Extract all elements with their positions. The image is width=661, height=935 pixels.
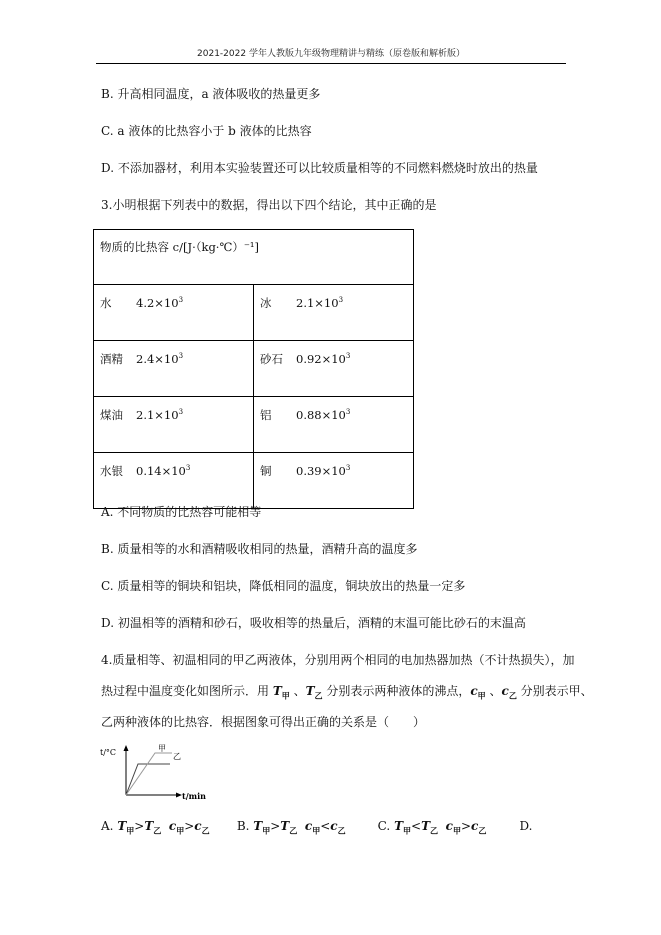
q4-option-d: D. [519,819,532,833]
q3-stem: 3.小明根据下列表中的数据，得出以下四个结论，其中正确的是 [101,198,436,212]
q4-stem-line3: 乙两种液体的比热容．根据图象可得出正确的关系是（ ） [101,715,425,729]
substance-name: 铜 [260,463,296,479]
q2-option-c: C. a 液体的比热容小于 b 液体的比热容 [101,124,312,138]
table-row: 水银0.14×103 铜0.39×103 [94,453,414,509]
table-row: 水4.2×103 冰2.1×103 [94,285,414,341]
substance-name: 铝 [260,407,296,423]
table-row: 煤油2.1×103 铝0.88×103 [94,397,414,453]
substance-value: 0.14×10 [136,464,186,478]
table-header: 物质的比热容 c/[J·（kg·℃）⁻¹] [94,230,414,285]
q3-option-b: B. 质量相等的水和酒精吸收相同的热量，酒精升高的温度多 [101,542,417,556]
header-divider [96,63,566,64]
substance-name: 冰 [260,295,296,311]
x-axis-label: t/min [182,791,206,801]
label-jia: 甲 [158,744,166,753]
substance-name: 水 [100,295,136,311]
y-axis-label: t/°C [100,748,116,757]
substance-value: 4.2×10 [136,296,179,310]
substance-value: 2.4×10 [136,352,179,366]
label-yi: 乙 [173,752,181,761]
q3-option-d: D. 初温相等的酒精和砂石，吸收相等的热量后，酒精的末温可能比砂石的末温高 [101,616,526,630]
q4-stem-line2: 热过程中温度变化如图所示．用 T甲 、T乙 分别表示两种液体的沸点，c甲 、c乙… [101,684,593,702]
q3-option-c: C. 质量相等的铜块和铝块，降低相同的温度，铜块放出的热量一定多 [101,579,465,593]
q4-option-a: A. T甲>T乙 c甲>c乙 [101,819,233,836]
specific-heat-table: 物质的比热容 c/[J·（kg·℃）⁻¹] 水4.2×103 冰2.1×103 … [93,229,414,509]
substance-value: 2.1×10 [136,408,179,422]
substance-name: 酒精 [100,351,136,367]
c-yi-symbol: c乙 [502,684,517,698]
t-yi-symbol: T乙 [306,684,323,698]
c-jia-symbol: c甲 [470,684,485,698]
temperature-time-graph: t/°C t/min 甲 乙 [100,743,210,803]
q4-stem-line1: 4.质量相等、初温相同的甲乙两液体，分别用两个相同的电加热器加热（不计热损失），… [101,653,574,667]
substance-value: 0.39×10 [296,464,346,478]
page-header-title: 2021-2022 学年人教版九年级物理精讲与精练（原卷版和解析版） [96,46,566,59]
substance-value: 0.88×10 [296,408,346,422]
q3-option-a: A. 不同物质的比热容可能相等 [101,505,261,519]
substance-name: 煤油 [100,407,136,423]
table-row: 酒精2.4×103 砂石0.92×103 [94,341,414,397]
substance-value: 2.1×10 [296,296,339,310]
q2-option-b: B. 升高相同温度，a 液体吸收的热量更多 [101,87,320,101]
q4-answer-options: A. T甲>T乙 c甲>c乙 B. T甲>T乙 c甲<c乙 C. T甲<T乙 c… [101,819,533,836]
q4-option-b: B. T甲>T乙 c甲<c乙 [237,819,374,836]
t-jia-symbol: T甲 [273,684,290,698]
substance-name: 水银 [100,463,136,479]
q4-option-c: C. T甲<T乙 c甲>c乙 [378,819,516,836]
q2-option-d: D. 不添加器材，利用本实验装置还可以比较质量相等的不同燃料燃烧时放出的热量 [101,161,538,175]
substance-name: 砂石 [260,351,296,367]
substance-value: 0.92×10 [296,352,346,366]
